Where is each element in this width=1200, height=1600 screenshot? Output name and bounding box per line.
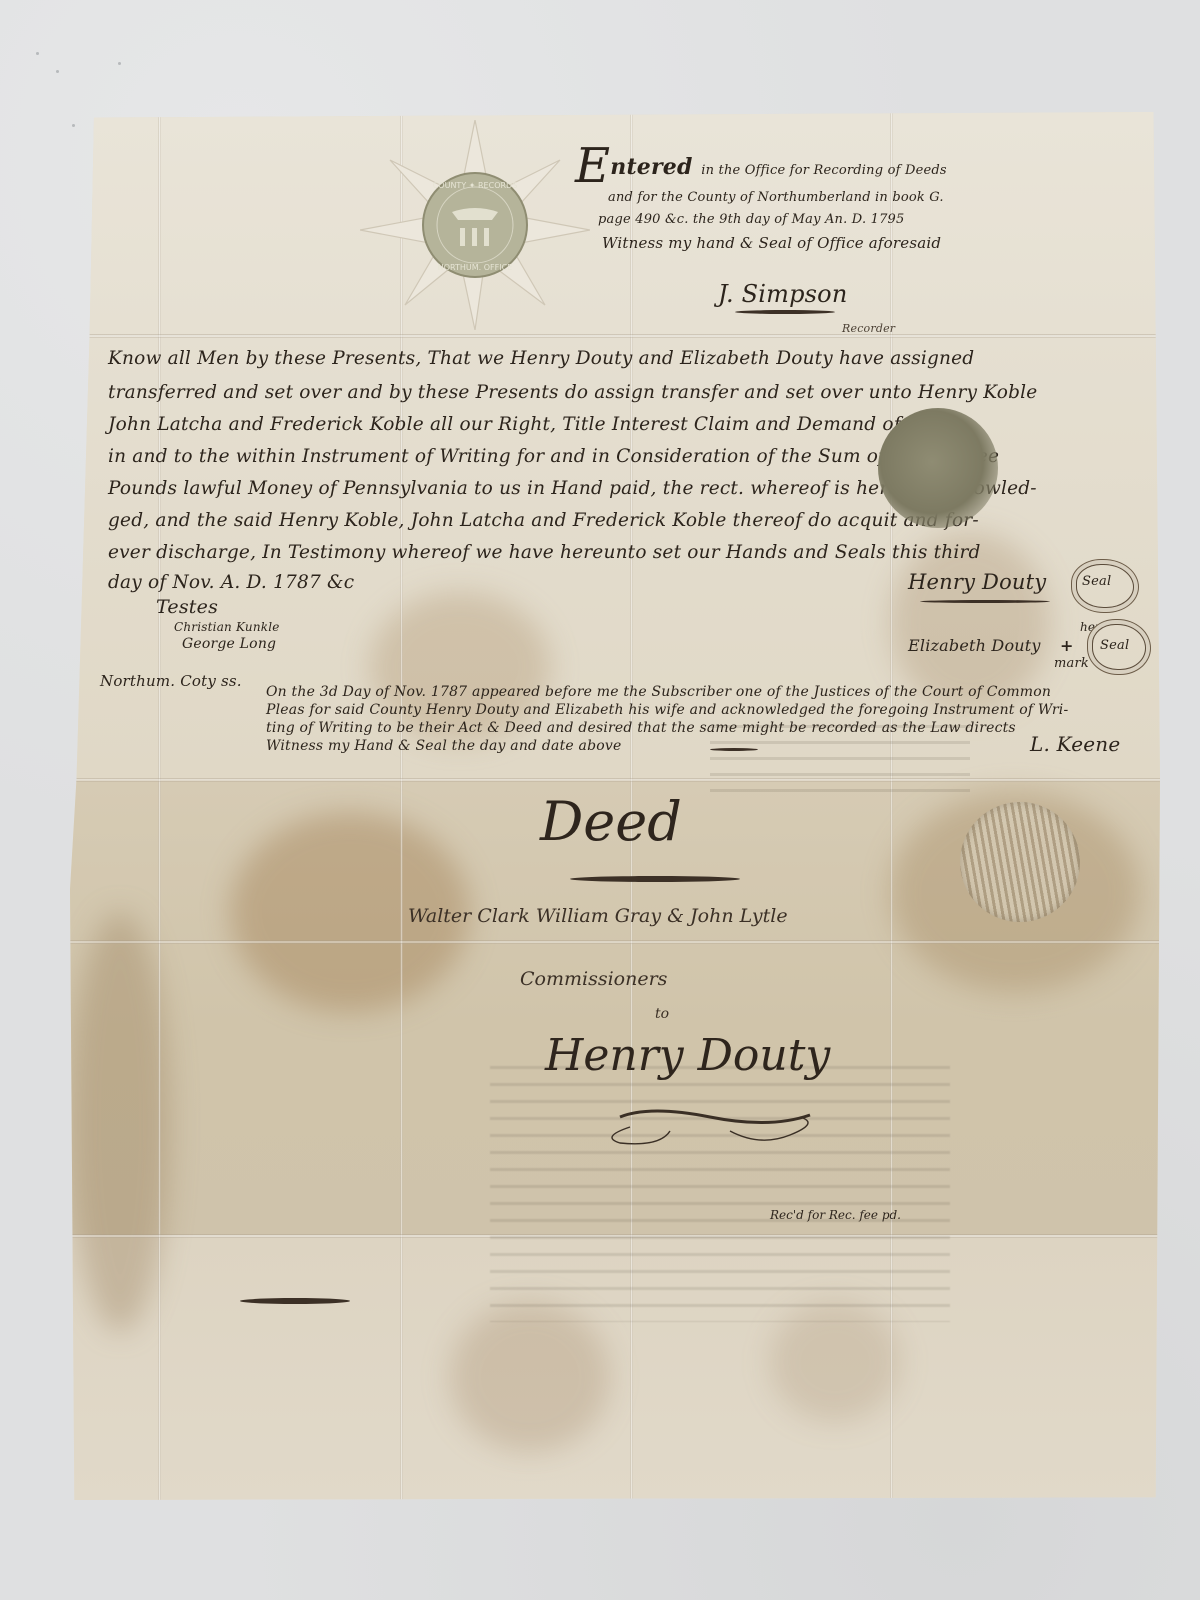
line-flourish [710, 748, 758, 751]
fold-crease [158, 112, 161, 1500]
background-speck [118, 62, 121, 65]
acknowledgment-line: Witness my Hand & Seal the day and date … [266, 738, 621, 754]
assignment-line: ged, and the said Henry Koble, John Latc… [108, 510, 979, 531]
grantor-signature: Henry Douty [908, 570, 1046, 594]
fold-crease [70, 334, 1160, 338]
witness-signature: George Long [182, 636, 276, 652]
seal-label: Seal [1082, 574, 1111, 589]
assignment-line: in and to the within Instrument of Writi… [108, 446, 999, 467]
svg-text:NORTHUM. OFFICE: NORTHUM. OFFICE [438, 263, 513, 272]
svg-text:COUNTY ✦ RECORDS: COUNTY ✦ RECORDS [433, 181, 518, 190]
grantor-signature: Elizabeth Douty [908, 636, 1041, 655]
recording-line: and for the County of Northumberland in … [608, 190, 944, 205]
signature-flourish [735, 310, 835, 314]
assignment-line: Know all Men by these Presents, That we … [108, 348, 974, 369]
recording-line: Witness my hand & Seal of Office aforesa… [602, 234, 941, 252]
acknowledgment-line: Pleas for said County Henry Douty and El… [266, 702, 1068, 718]
assignment-line: transferred and set over and by these Pr… [108, 382, 1037, 403]
assignment-line: ever discharge, In Testimony whereof we … [108, 542, 981, 563]
assignment-line: day of Nov. A. D. 1787 &c [108, 572, 354, 593]
recorder-signature: J. Simpson [718, 280, 847, 308]
justice-signature: L. Keene [1030, 732, 1120, 756]
recorder-title: Recorder [842, 322, 895, 335]
acknowledgment-line: On the 3d Day of Nov. 1787 appeared befo… [266, 684, 1051, 700]
endorsement-note: Rec'd for Rec. fee pd. [770, 1208, 901, 1222]
title-underline [570, 876, 740, 882]
background-speck [56, 70, 59, 73]
background-speck [36, 52, 39, 55]
witness-heading: Testes [156, 596, 218, 618]
endorsement-role: Commissioners [520, 968, 667, 990]
seal-label: Seal [1100, 638, 1129, 653]
endorsement-title: Deed [540, 790, 682, 853]
ink-stroke [240, 1298, 350, 1304]
acknowledgment-line: ting of Writing to be their Act & Deed a… [266, 720, 1016, 736]
assignment-line: John Latcha and Frederick Koble all our … [108, 414, 901, 435]
endorsement-grantors: Walter Clark William Gray & John Lytle [408, 905, 788, 927]
wax-seal-icon [878, 408, 998, 528]
fold-crease [70, 940, 1160, 944]
recording-line: Entered Entered in the Office for Record… [575, 142, 947, 190]
mark-cross-icon: + [1060, 636, 1074, 655]
mark-label: mark [1054, 656, 1089, 671]
grantee-flourish-icon [590, 1087, 830, 1147]
signature-flourish [920, 600, 1050, 603]
endorsement-grantee: Henry Douty [545, 1030, 830, 1081]
recording-line: page 490 &c. the 9th day of May An. D. 1… [598, 212, 905, 227]
embossed-seal-icon [960, 802, 1080, 922]
fold-crease [70, 778, 1160, 782]
county-seal-icon: COUNTY ✦ RECORDS NORTHUM. OFFICE [360, 120, 590, 330]
background-speck [72, 124, 75, 127]
water-stain [450, 1302, 610, 1452]
witness-signature: Christian Kunkle [174, 620, 280, 634]
venue-label: Northum. Coty ss. [100, 672, 242, 690]
water-stain [70, 912, 170, 1332]
endorsement-to: to [655, 1006, 669, 1022]
deed-document: COUNTY ✦ RECORDS NORTHUM. OFFICE Entered… [70, 112, 1160, 1500]
